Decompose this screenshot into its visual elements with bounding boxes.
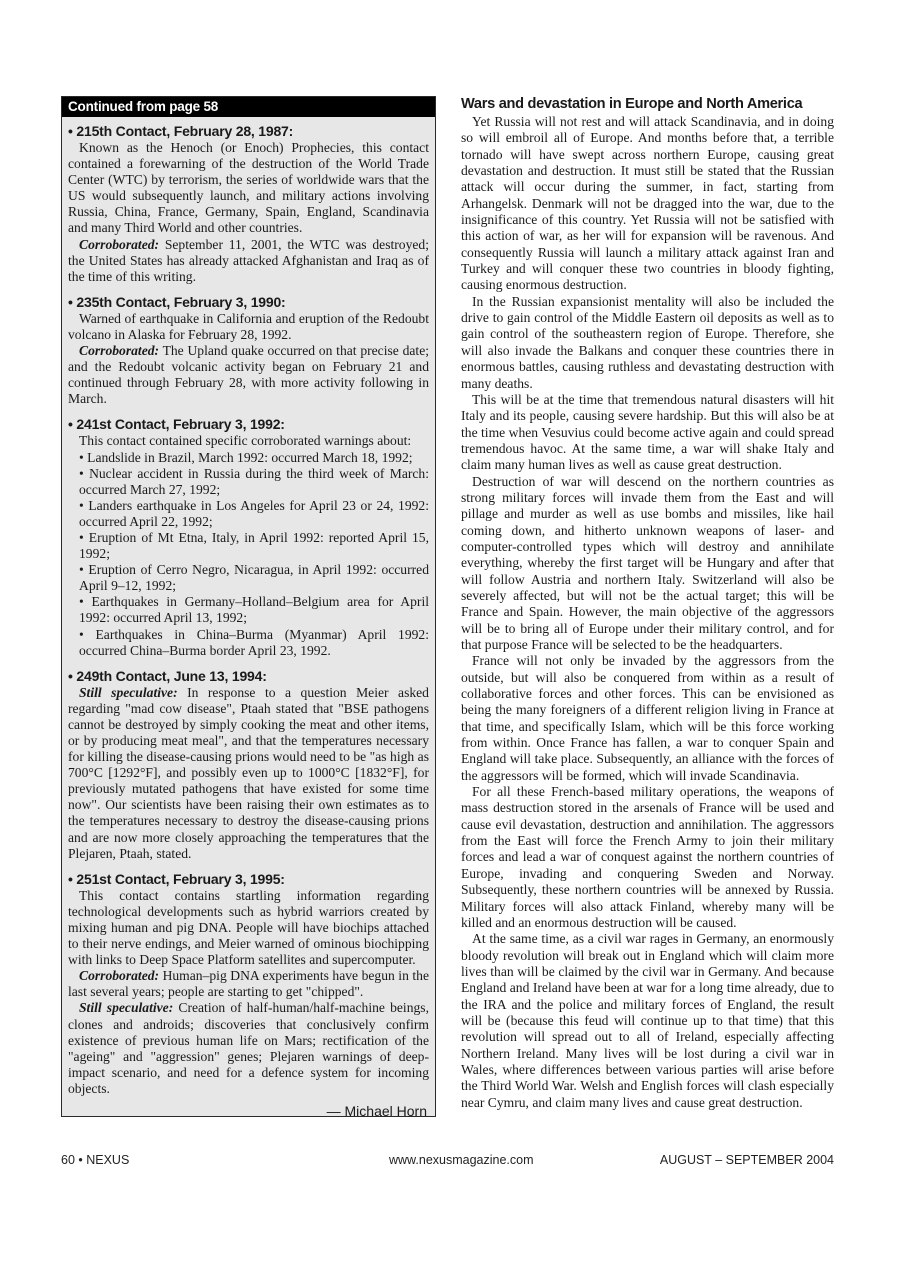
contact-paragraph: Warned of earthquake in California and e… — [68, 311, 429, 343]
page-footer: 60 • NEXUS www.nexusmagazine.com AUGUST … — [61, 1153, 834, 1169]
warning-item: • Earthquakes in China–Burma (Myanmar) A… — [68, 627, 429, 659]
sidebar-body: • 215th Contact, February 28, 1987: Know… — [62, 117, 435, 1119]
contact-title: • 249th Contact, June 13, 1994: — [68, 668, 429, 685]
contact-251: • 251st Contact, February 3, 1995: This … — [68, 871, 429, 1119]
article-paragraph: Yet Russia will not rest and will attack… — [461, 114, 834, 294]
warning-item: • Nuclear accident in Russia during the … — [68, 466, 429, 498]
contact-paragraph: Still speculative: In response to a ques… — [68, 685, 429, 862]
contact-paragraph: Corroborated: Human–pig DNA experiments … — [68, 968, 429, 1000]
contact-paragraph: Corroborated: The Upland quake occurred … — [68, 343, 429, 407]
contact-title: • 241st Contact, February 3, 1992: — [68, 416, 429, 433]
sidebar-box: Continued from page 58 • 215th Contact, … — [61, 96, 436, 1117]
speculative-label: Still speculative: — [79, 685, 178, 700]
article-paragraph: Destruction of war will descend on the n… — [461, 474, 834, 654]
contact-241: • 241st Contact, February 3, 1992: This … — [68, 416, 429, 658]
warning-item: • Landers earthquake in Los Angeles for … — [68, 498, 429, 530]
article-paragraph: This will be at the time that tremendous… — [461, 392, 834, 474]
contact-paragraph: Known as the Henoch (or Enoch) Prophecie… — [68, 140, 429, 237]
contact-215: • 215th Contact, February 28, 1987: Know… — [68, 123, 429, 285]
warning-item: • Landslide in Brazil, March 1992: occur… — [68, 450, 429, 466]
article-column: Wars and devastation in Europe and North… — [461, 95, 834, 1111]
article-paragraph: For all these French-based military oper… — [461, 784, 834, 931]
article-paragraph: France will not only be invaded by the a… — [461, 653, 834, 784]
contact-paragraph: Corroborated: September 11, 2001, the WT… — [68, 237, 429, 285]
page-number: 60 • NEXUS — [61, 1153, 129, 1167]
corroborated-label: Corroborated: — [79, 237, 159, 252]
speculative-label: Still speculative: — [79, 1000, 173, 1015]
section-heading: Wars and devastation in Europe and North… — [461, 95, 834, 113]
corroborated-label: Corroborated: — [79, 343, 159, 358]
magazine-url: www.nexusmagazine.com — [389, 1153, 534, 1167]
corroborated-label: Corroborated: — [79, 968, 159, 983]
contact-title: • 251st Contact, February 3, 1995: — [68, 871, 429, 888]
contact-paragraph: This contact contains startling informat… — [68, 888, 429, 968]
author-signature: — Michael Horn — [68, 1103, 429, 1119]
article-paragraph: At the same time, as a civil war rages i… — [461, 931, 834, 1111]
continued-banner: Continued from page 58 — [62, 97, 435, 117]
warning-item: • Earthquakes in Germany–Holland–Belgium… — [68, 594, 429, 626]
contact-title: • 215th Contact, February 28, 1987: — [68, 123, 429, 140]
article-paragraph: In the Russian expansionist mentality wi… — [461, 294, 834, 392]
contact-intro: This contact contained specific corrobor… — [68, 433, 429, 449]
contact-title: • 235th Contact, February 3, 1990: — [68, 294, 429, 311]
contact-235: • 235th Contact, February 3, 1990: Warne… — [68, 294, 429, 408]
issue-date: AUGUST – SEPTEMBER 2004 — [660, 1153, 834, 1167]
warning-item: • Eruption of Cerro Negro, Nicaragua, in… — [68, 562, 429, 594]
contact-paragraph: Still speculative: Creation of half-huma… — [68, 1000, 429, 1097]
warning-item: • Eruption of Mt Etna, Italy, in April 1… — [68, 530, 429, 562]
contact-249: • 249th Contact, June 13, 1994: Still sp… — [68, 668, 429, 862]
